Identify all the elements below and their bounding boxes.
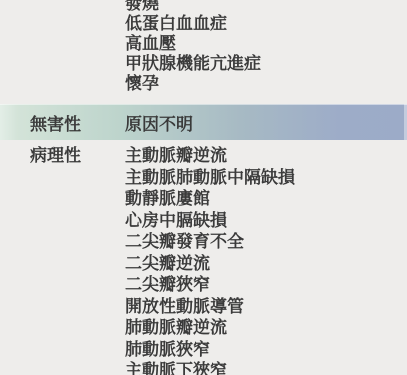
cause-item: 低蛋白血血症: [125, 14, 261, 34]
cause-item: 懷孕: [125, 74, 261, 94]
cause-item: 心房中膈缺損: [125, 211, 295, 233]
cause-item: 原因不明: [125, 110, 193, 135]
cause-item: 發燒: [125, 0, 261, 14]
category-label: 病理性: [30, 146, 81, 168]
cause-item: 高血壓: [125, 34, 261, 54]
cause-item: 主動脈肺動脈中隔缺損: [125, 168, 295, 190]
innocent-category-row: 無害性 原因不明: [0, 104, 407, 140]
cause-item: 甲狀腺機能亢進症: [125, 54, 261, 74]
category-label: 無害性: [30, 110, 125, 135]
cause-item: 主動脈瓣逆流: [125, 146, 295, 168]
cause-item: 二尖瓣發育不全: [125, 232, 295, 254]
cause-list-top: 發燒 低蛋白血血症 高血壓 甲狀腺機能亢進症 懷孕: [125, 0, 261, 94]
cause-list-bottom: 主動脈瓣逆流 主動脈肺動脈中隔缺損 動靜脈廔館 心房中膈缺損 二尖瓣發育不全 二…: [125, 146, 295, 375]
cause-item: 二尖瓣逆流: [125, 254, 295, 276]
cause-item: 主動脈下狹窄: [125, 361, 295, 375]
cause-item: 肺動脈瓣逆流: [125, 318, 295, 340]
cause-item: 開放性動脈導管: [125, 297, 295, 319]
cause-item: 動靜脈廔館: [125, 189, 295, 211]
cause-item: 二尖瓣狹窄: [125, 275, 295, 297]
heart-murmur-causes-table: 發燒 低蛋白血血症 高血壓 甲狀腺機能亢進症 懷孕 無害性 原因不明 病理性 主…: [0, 0, 407, 375]
cause-item: 肺動脈狹窄: [125, 340, 295, 362]
